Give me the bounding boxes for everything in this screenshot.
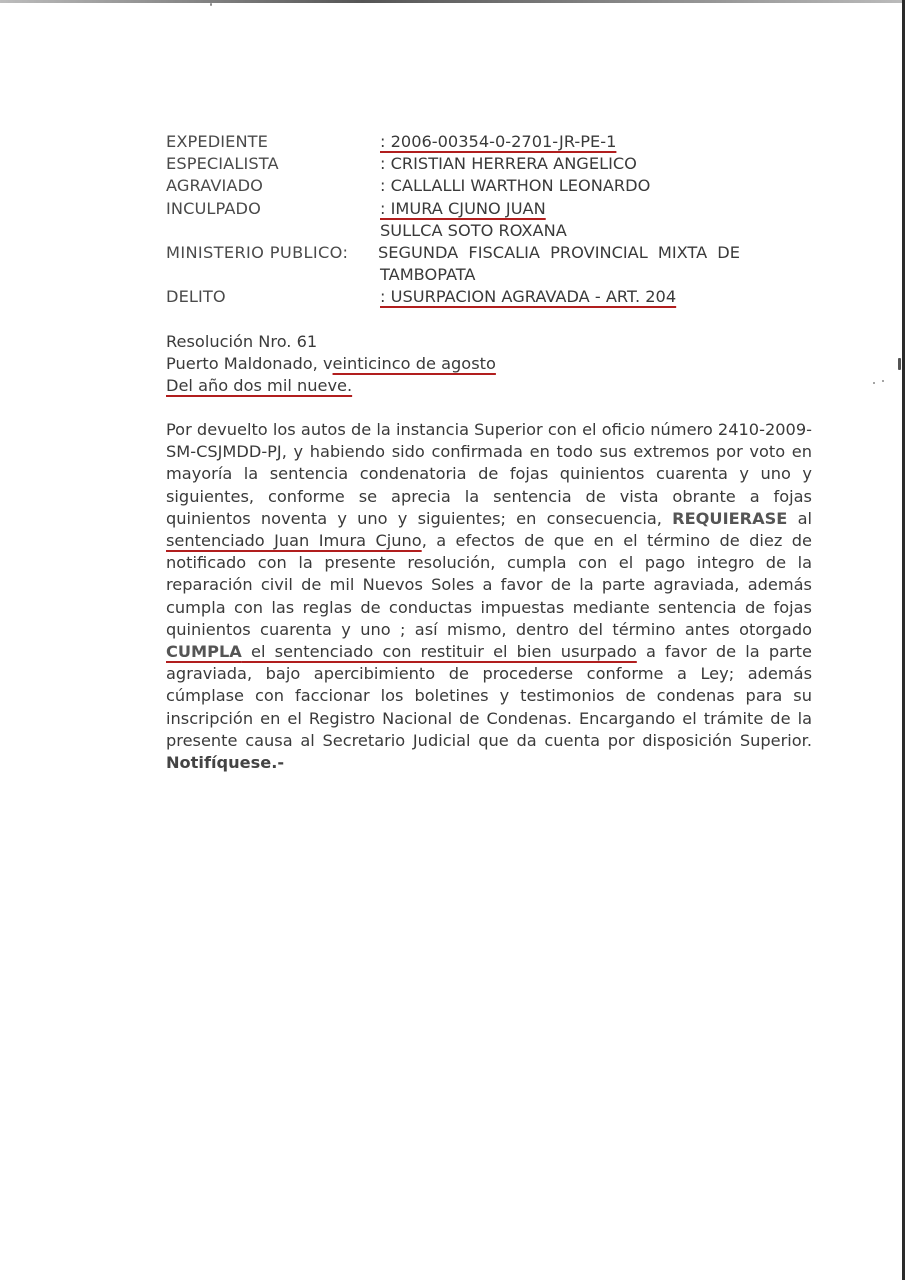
header-label: DELITO bbox=[166, 286, 226, 308]
header-value: TAMBOPATA bbox=[380, 264, 475, 286]
resolution-year-text: Del año dos mil nueve. bbox=[166, 376, 352, 395]
scan-artifact bbox=[898, 358, 901, 370]
header-row-inculpado: INCULPADO : IMURA CJUNO JUAN bbox=[166, 198, 816, 220]
sentenced-name: sentenciado Juan Imura Cjuno bbox=[166, 531, 422, 550]
header-row-delito: DELITO : USURPACION AGRAVADA - ART. 204 bbox=[166, 286, 816, 308]
header-row-inculpado-2: SULLCA SOTO ROXANA bbox=[166, 220, 816, 242]
scan-artifact bbox=[882, 380, 884, 382]
scan-top-edge bbox=[0, 0, 905, 3]
header-row-ministerio: MINISTERIO PUBLICO: SEGUNDA FISCALIA PRO… bbox=[166, 242, 816, 264]
header-label: MINISTERIO PUBLICO: bbox=[166, 242, 348, 264]
header-value: SULLCA SOTO ROXANA bbox=[380, 220, 567, 242]
header-value: : CALLALLI WARTHON LEONARDO bbox=[380, 175, 650, 197]
header-label: ESPECIALISTA bbox=[166, 153, 279, 175]
header-label: AGRAVIADO bbox=[166, 175, 263, 197]
resolution-year: Del año dos mil nueve. bbox=[166, 375, 816, 397]
case-header: EXPEDIENTE : 2006-00354-0-2701-JR-PE-1 E… bbox=[166, 131, 816, 309]
resolution-block: Resolución Nro. 61 Puerto Maldonado, vei… bbox=[166, 331, 816, 398]
notification-closing: Notifíquese.- bbox=[166, 753, 284, 772]
requierase-emphasis: REQUIERASE bbox=[672, 509, 787, 528]
header-value: : CRISTIAN HERRERA ANGELICO bbox=[380, 153, 637, 175]
body-text: al bbox=[787, 509, 812, 528]
resolution-number: Resolución Nro. 61 bbox=[166, 331, 816, 353]
resolution-place: Puerto Maldonado, v bbox=[166, 354, 333, 373]
header-row-especialista: ESPECIALISTA : CRISTIAN HERRERA ANGELICO bbox=[166, 153, 816, 175]
cumpla-emphasis: CUMPLA bbox=[166, 642, 242, 661]
header-row-ministerio-2: TAMBOPATA bbox=[166, 264, 816, 286]
restitution-clause: el sentenciado con restituir el bien usu… bbox=[242, 642, 637, 661]
header-value: : IMURA CJUNO JUAN bbox=[380, 198, 546, 220]
header-row-agraviado: AGRAVIADO : CALLALLI WARTHON LEONARDO bbox=[166, 175, 816, 197]
scan-artifact bbox=[210, 3, 212, 6]
header-value: : USURPACION AGRAVADA - ART. 204 bbox=[380, 286, 676, 308]
header-row-expediente: EXPEDIENTE : 2006-00354-0-2701-JR-PE-1 bbox=[166, 131, 816, 153]
header-label: EXPEDIENTE bbox=[166, 131, 268, 153]
header-value: : 2006-00354-0-2701-JR-PE-1 bbox=[380, 131, 616, 153]
scan-artifact bbox=[873, 382, 875, 384]
resolution-body: Por devuelto los autos de la instancia S… bbox=[166, 419, 812, 774]
header-label: INCULPADO bbox=[166, 198, 261, 220]
header-value: SEGUNDA FISCALIA PROVINCIAL MIXTA DE bbox=[378, 242, 740, 264]
resolution-place-date: Puerto Maldonado, veinticinco de agosto bbox=[166, 353, 816, 375]
resolution-date: einticinco de agosto bbox=[333, 354, 496, 373]
